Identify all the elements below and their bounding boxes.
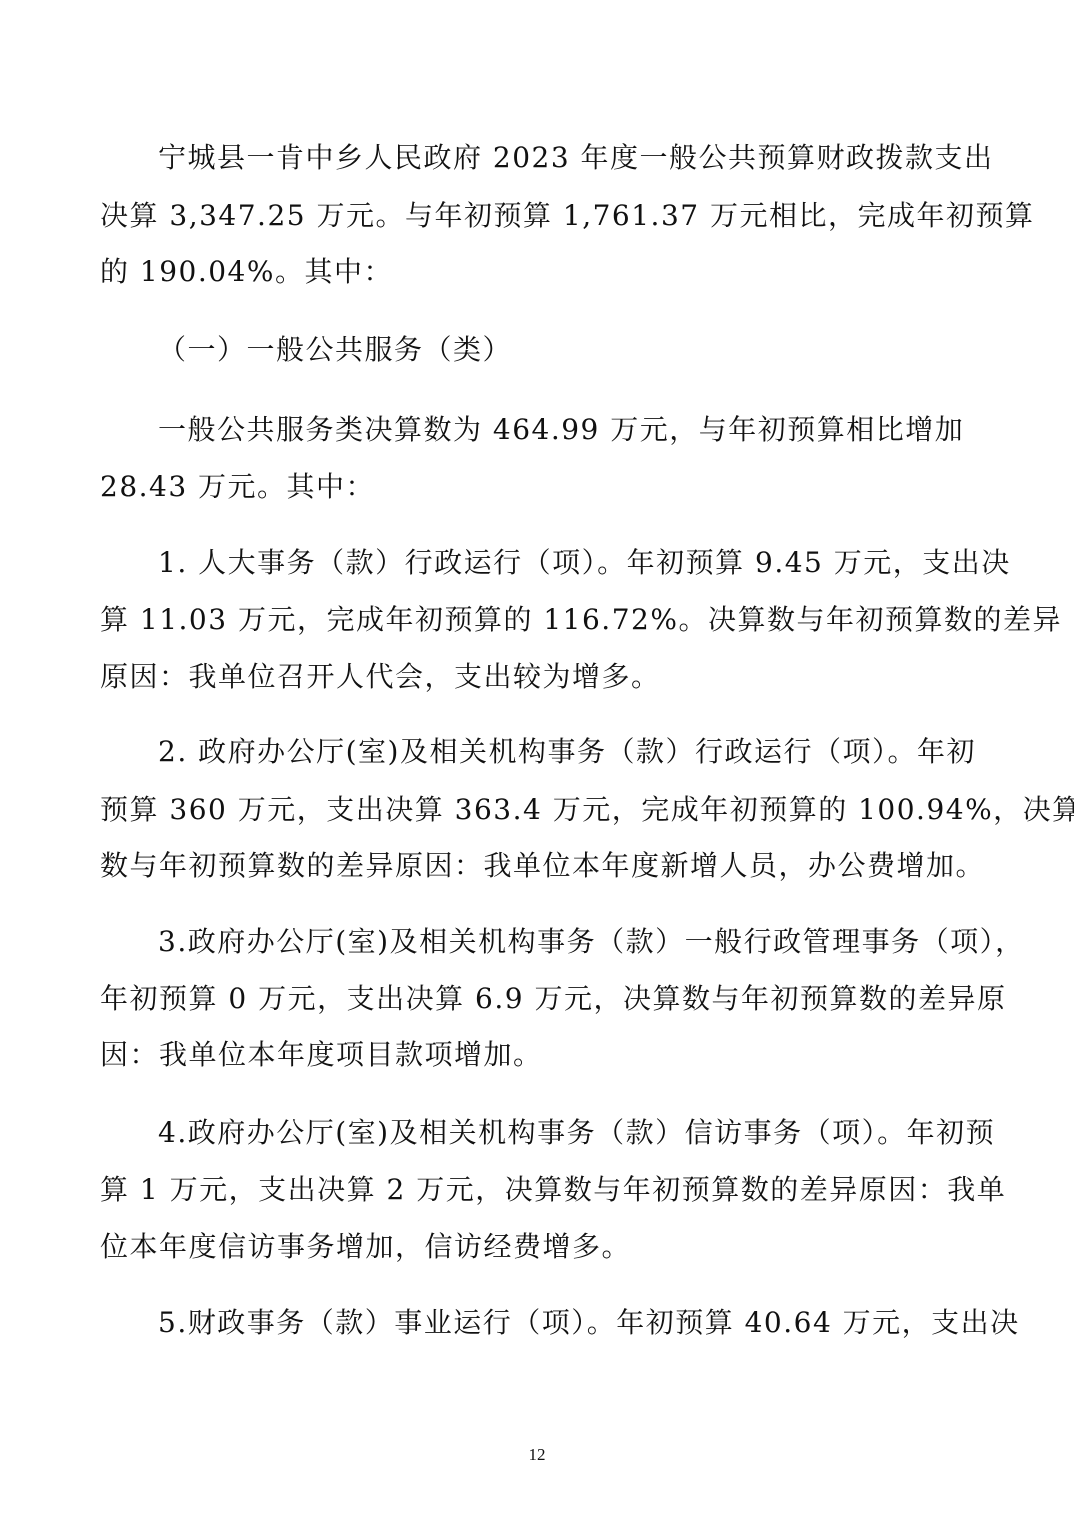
paragraph-line: 3.政府办公厅(室)及相关机构事务（款）一般行政管理事务（项），	[158, 924, 1038, 960]
paragraph-line: 1. 人大事务（款）行政运行（项）。年初预算 9.45 万元，支出决	[158, 545, 1038, 581]
paragraph-line: 宁城县一肯中乡人民政府 2023 年度一般公共预算财政拨款支出	[158, 140, 1038, 176]
paragraph-line: 数与年初预算数的差异原因：我单位本年度新增人员，办公费增加。	[100, 848, 980, 884]
paragraph-line: 年初预算 0 万元，支出决算 6.9 万元，决算数与年初预算数的差异原	[100, 981, 980, 1017]
paragraph-line: 一般公共服务类决算数为 464.99 万元，与年初预算相比增加	[158, 412, 1038, 448]
paragraph-line: 2. 政府办公厅(室)及相关机构事务（款）行政运行（项）。年初	[158, 734, 1038, 770]
paragraph-line: 28.43 万元。其中：	[100, 469, 980, 505]
paragraph-line: 原因：我单位召开人代会，支出较为增多。	[100, 659, 980, 695]
paragraph-line: 位本年度信访事务增加，信访经费增多。	[100, 1229, 980, 1265]
paragraph-line: 算 1 万元，支出决算 2 万元，决算数与年初预算数的差异原因：我单	[100, 1172, 980, 1208]
paragraph-line: 4.政府办公厅(室)及相关机构事务（款）信访事务（项）。年初预	[158, 1115, 1038, 1151]
paragraph-line: 5.财政事务（款）事业运行（项）。年初预算 40.64 万元，支出决	[158, 1305, 1038, 1341]
document-page: 宁城县一肯中乡人民政府 2023 年度一般公共预算财政拨款支出 决算 3,347…	[0, 0, 1074, 1520]
page-number: 12	[0, 1445, 1074, 1465]
paragraph-line: 因：我单位本年度项目款项增加。	[100, 1037, 980, 1073]
paragraph-line: 决算 3,347.25 万元。与年初预算 1,761.37 万元相比，完成年初预…	[100, 198, 980, 234]
paragraph-line: 预算 360 万元，支出决算 363.4 万元，完成年初预算的 100.94%，…	[100, 792, 980, 828]
paragraph-line: 的 190.04%。其中：	[100, 254, 980, 290]
paragraph-line: 算 11.03 万元，完成年初预算的 116.72%。决算数与年初预算数的差异	[100, 602, 980, 638]
section-heading: （一）一般公共服务（类）	[158, 332, 1038, 368]
